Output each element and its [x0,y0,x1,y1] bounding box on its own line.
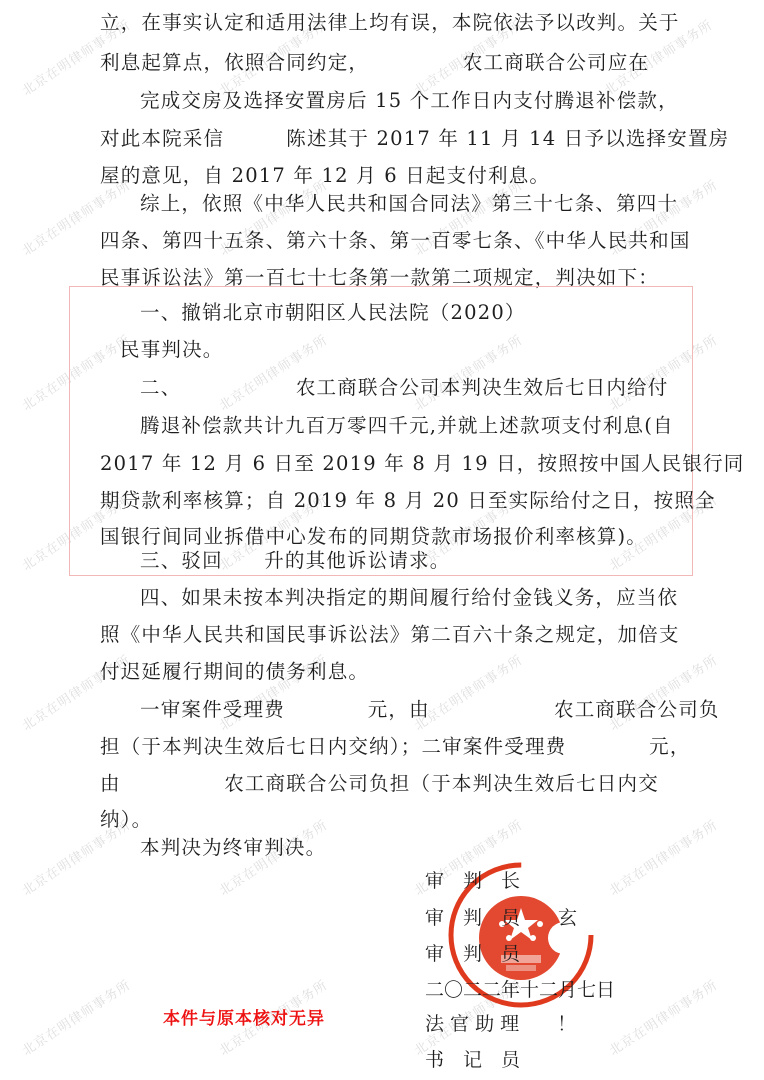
paragraph-line: 对此本院采信 陈述其于 2017 年 11 月 14 日予以选择安置房 [100,126,729,152]
verdict-line: 腾退补偿款共计九百万零四千元,并就上述款项支付利息(自 [140,413,674,439]
verdict-line: 期贷款利率核算；自 2019 年 8 月 20 日至实际给付之日，按照全 [100,488,716,514]
certification-stamp: 本件与原本核对无异 [163,1004,325,1029]
paragraph-line: 一审案件受理费 元，由 农工商联合公司负 [140,697,720,723]
paragraph-line: 由 农工商联合公司负担（于本判决生效后七日内交 [100,771,659,797]
paragraph-line: 完成交房及选择安置房后 15 个工作日内支付腾退补偿款， [140,88,679,114]
verdict-line: 三、驳回 升的其他诉讼请求。 [140,548,451,574]
watermark: 北京在明律师事务所 [18,974,134,1059]
watermark: 北京在明律师事务所 [605,974,721,1059]
signature-judge: 审 判 员 玄 [425,905,577,931]
paragraph-line: 立，在事实认定和适用法律上均有误，本院依法予以改判。关于 [100,10,680,36]
signature-clerk: 书 记 员 [425,1047,520,1073]
signature-presiding-judge: 审 判 长 [425,868,520,894]
signature-judge-assistant: 法 官 助 理 ！ [425,1011,576,1037]
watermark: 北京在明律师事务所 [605,814,721,899]
paragraph-line: 纳）。 [100,807,152,833]
paragraph-line: 担（于本判决生效后七日内交纳）；二审案件受理费 元， [100,734,691,760]
verdict-line: 一、撤销北京市朝阳区人民法院（2020） [140,300,526,326]
verdict-line: 国银行间同业拆借中心发布的同期贷款市场报价利率核算)。 [100,524,647,550]
verdict-line: 二、 农工商联合公司本判决生效后七日内给付 [140,375,668,401]
paragraph-line: 综上，依照《中华人民共和国合同法》第三十七条、第四十 [140,191,678,217]
judgment-date: 二〇二二年十二月七日 [425,977,615,1003]
paragraph-line: 四条、第四十五条、第六十条、第一百零七条、《中华人民共和国 [100,228,691,254]
verdict-line: 2017 年 12 月 6 日至 2019 年 8 月 19 日，按照按中国人民… [100,451,744,477]
paragraph-line: 付迟延履行期间的债务利息。 [100,659,369,685]
signature-judge: 审 判 员 [425,941,520,967]
paragraph-line: 照《中华人民共和国民事诉讼法》第二百六十条之规定，加倍支 [100,622,680,648]
judgment-page: 北京在明律师事务所 北京在明律师事务所 北京在明律师事务所 北京在明律师事务所 … [0,0,764,1080]
paragraph-line: 四、如果未按本判决指定的期间履行给付金钱义务，应当依 [140,585,678,611]
paragraph-line: 屋的意见，自 2017 年 12 月 6 日起支付利息。 [100,163,550,189]
verdict-line: 民事判决。 [120,337,224,363]
paragraph-line: 本判决为终审判决。 [140,835,326,861]
paragraph-line: 利息起算点，依照合同约定， 农工商联合公司应在 [100,50,649,76]
